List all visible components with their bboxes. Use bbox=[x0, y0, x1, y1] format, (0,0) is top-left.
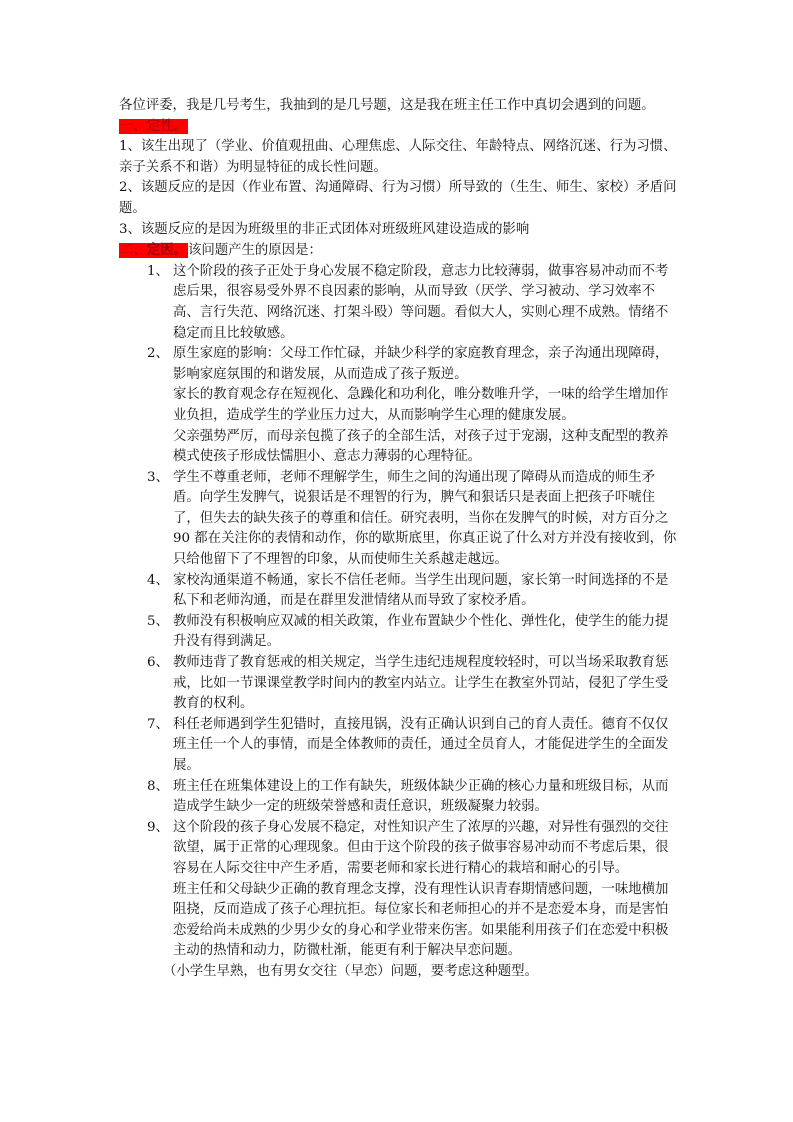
cause-item-3: 3、学生不尊重老师，老师不理解学生，师生之间的沟通出现了障碍从而造成的师生矛盾。… bbox=[119, 468, 679, 571]
item-number: 5、 bbox=[147, 612, 169, 633]
section2-heading: 二、定因。该问题产生的原因是： bbox=[119, 240, 679, 262]
cause-item-9: 9、这个阶段的孩子身心发展不稳定，对性知识产生了浓厚的兴趣，对异性有强烈的交往欲… bbox=[119, 818, 679, 962]
cause-item-4: 4、家校沟通渠道不畅通，家长不信任老师。当学生出现问题，家长第一时间选择的不是私… bbox=[119, 571, 679, 612]
item-number: 9、 bbox=[147, 818, 169, 839]
cause-item-7: 7、科任老师遇到学生犯错时，直接甩锅，没有正确认识到自己的育人责任。德育不仅仅班… bbox=[119, 715, 679, 777]
document-page: 各位评委，我是几号考生，我抽到的是几号题，这是我在班主任工作中真切会遇到的问题。… bbox=[119, 96, 679, 983]
item-text: 学生不尊重老师，老师不理解学生，师生之间的沟通出现了障碍从而造成的师生矛盾。向学… bbox=[173, 468, 679, 571]
cause-list: 1、这个阶段的孩子正处于身心发展不稳定阶段，意志力比较薄弱，做事容易冲动而不考虑… bbox=[119, 262, 679, 962]
item-number: 8、 bbox=[147, 777, 169, 798]
item-text: 父亲强势严厉，而母亲包揽了孩子的全部生活，对孩子过于宠溺，这种支配型的教养模式使… bbox=[173, 427, 679, 468]
section2-heading-prefix: 二、 bbox=[120, 243, 147, 258]
section1-heading: 一、定性。 bbox=[119, 117, 679, 138]
section1-heading-highlight: 一、定性。 bbox=[119, 119, 188, 134]
item-number: 7、 bbox=[147, 715, 169, 736]
section2-heading-suffix: 该问题产生的原因是： bbox=[188, 243, 322, 258]
item-number: 2、 bbox=[147, 344, 169, 365]
item-number: 3、 bbox=[147, 468, 169, 489]
cause-item-5: 5、教师没有积极响应双减的相关政策，作业布置缺少个性化、弹性化，使学生的能力提升… bbox=[119, 612, 679, 653]
item-text: 原生家庭的影响：父母工作忙碌，并缺少科学的家庭教育理念，亲子沟通出现障碍，影响家… bbox=[173, 344, 679, 385]
item-text: 班主任在班集体建设上的工作有缺失，班级体缺少正确的核心力量和班级目标，从而造成学… bbox=[173, 777, 679, 818]
item-text: 班主任和父母缺少正确的教育理念支撑，没有理性认识青春期情感问题，一味地横加阻挠，… bbox=[173, 880, 679, 962]
item-text: 科任老师遇到学生犯错时，直接甩锅，没有正确认识到自己的育人责任。德育不仅仅班主任… bbox=[173, 715, 679, 777]
item-text: 家校沟通渠道不畅通，家长不信任老师。当学生出现问题，家长第一时间选择的不是私下和… bbox=[173, 571, 679, 612]
intro-paragraph: 各位评委，我是几号考生，我抽到的是几号题，这是我在班主任工作中真切会遇到的问题。 bbox=[119, 96, 679, 117]
item-text: 这个阶段的孩子正处于身心发展不稳定阶段，意志力比较薄弱，做事容易冲动而不考虑后果… bbox=[173, 262, 679, 344]
item-number: 4、 bbox=[147, 571, 169, 592]
item-text: 教师违背了教育惩戒的相关规定，当学生违纪违规程度较轻时，可以当场采取教育惩戒，比… bbox=[173, 653, 679, 715]
section2-heading-highlight: 二、定因。 bbox=[119, 243, 188, 258]
item-number: 1、 bbox=[147, 262, 169, 283]
item-text: 教师没有积极响应双减的相关政策，作业布置缺少个性化、弹性化，使学生的能力提升没有… bbox=[173, 612, 679, 653]
section1-item: 1、该生出现了（学业、价值观扭曲、心理焦虑、人际交往、年龄特点、网络沉迷、行为习… bbox=[119, 137, 679, 178]
section2-heading-bold: 定因。 bbox=[147, 242, 187, 258]
item-number: 6、 bbox=[147, 653, 169, 674]
note-paragraph: （小学生早熟，也有男女交往（早恋）问题，要考虑这种题型。 bbox=[119, 962, 679, 983]
cause-item-8: 8、班主任在班集体建设上的工作有缺失，班级体缺少正确的核心力量和班级目标，从而造… bbox=[119, 777, 679, 818]
cause-item-2: 2、原生家庭的影响：父母工作忙碌，并缺少科学的家庭教育理念，亲子沟通出现障碍，影… bbox=[119, 344, 679, 468]
section1-item: 3、该题反应的是因为班级里的非正式团体对班级班风建设造成的影响 bbox=[119, 220, 679, 241]
cause-item-1: 1、这个阶段的孩子正处于身心发展不稳定阶段，意志力比较薄弱，做事容易冲动而不考虑… bbox=[119, 262, 679, 344]
item-text: 家长的教育观念存在短视化、急躁化和功利化，唯分数唯升学，一味的给学生增加作业负担… bbox=[173, 385, 679, 426]
item-text: 这个阶段的孩子身心发展不稳定，对性知识产生了浓厚的兴趣，对异性有强烈的交往欲望，… bbox=[173, 818, 679, 880]
section1-item: 2、该题反应的是因（作业布置、沟通障碍、行为习惯）所导致的（生生、师生、家校）矛… bbox=[119, 178, 679, 219]
cause-item-6: 6、教师违背了教育惩戒的相关规定，当学生违纪违规程度较轻时，可以当场采取教育惩戒… bbox=[119, 653, 679, 715]
